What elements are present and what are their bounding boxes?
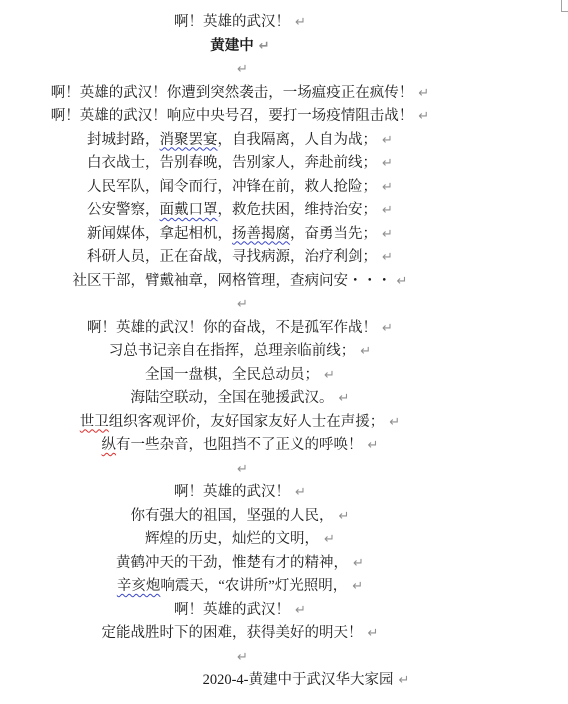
- paragraph-mark-icon: ↵: [339, 509, 350, 524]
- text-run: 社区干部，臂戴袖章，网格管理，查病问安・・・: [73, 273, 392, 289]
- grammar-flagged-text: 辛亥炮: [117, 578, 161, 594]
- empty-line[interactable]: ↵: [0, 293, 480, 317]
- text-run: 科研人员，正在奋战，寻找病源，治疗利剑；: [87, 249, 377, 265]
- text-run: 定能战胜时下的困难，获得美好的明天！: [102, 625, 363, 641]
- spelling-flagged-text: 世卫: [80, 414, 109, 430]
- paragraph-mark-icon: ↵: [418, 86, 429, 101]
- empty-line[interactable]: ↵: [0, 646, 480, 670]
- paragraph-mark-icon: ↵: [295, 485, 306, 500]
- paragraph-mark-icon: ↵: [382, 156, 393, 171]
- paragraph-mark-icon: ↵: [382, 250, 393, 265]
- paragraph-mark-icon: ↵: [352, 579, 363, 594]
- text-run: 人民军队，闻令而行，冲锋在前，救人抢险；: [87, 179, 377, 195]
- paragraph-mark-icon: ↵: [237, 650, 248, 665]
- paragraph-mark-icon: ↵: [368, 626, 379, 641]
- text-line[interactable]: 辛亥炮响震天，“农讲所”灯光照明，↵: [0, 575, 480, 599]
- text-line[interactable]: 白衣战士，告别春晚，告别家人，奔赴前线；↵: [0, 152, 480, 176]
- grammar-flagged-text: 消聚罢宴: [160, 132, 218, 148]
- paragraph-mark-icon: ↵: [399, 673, 410, 688]
- empty-line[interactable]: ↵: [0, 58, 480, 82]
- text-line[interactable]: 纵有一些杂音，也阻挡不了正义的呼唤！↵: [0, 434, 480, 458]
- grammar-flagged-text: 面戴口罩: [160, 202, 218, 218]
- text-line[interactable]: 新闻媒体，拿起相机，扬善揭腐，奋勇当先；↵: [0, 223, 480, 247]
- text-line[interactable]: 世卫组织客观评价，友好国家友好人士在声援；↵: [0, 411, 480, 435]
- grammar-flagged-text: 扬善揭腐: [232, 226, 290, 242]
- text-run: 黄建中: [210, 38, 254, 54]
- text-line[interactable]: 啊！英雄的武汉！↵: [0, 11, 480, 35]
- text-line[interactable]: 全国一盘棋，全民总动员；↵: [0, 364, 480, 388]
- spelling-flagged-text: 纵: [102, 437, 117, 453]
- text-run: 啊！英雄的武汉！你遭到突然袭击，一场瘟疫正在疯传！: [51, 85, 414, 101]
- text-run: 啊！英雄的武汉！: [174, 484, 290, 500]
- paragraph-mark-icon: ↵: [368, 438, 379, 453]
- paragraph-mark-icon: ↵: [353, 556, 364, 571]
- text-run: 啊！英雄的武汉！响应中央号召，要打一场疫情阻击战！: [51, 108, 414, 124]
- paragraph-mark-icon: ↵: [237, 462, 248, 477]
- text-line[interactable]: 啊！英雄的武汉！你遭到突然袭击，一场瘟疫正在疯传！↵: [0, 82, 480, 106]
- paragraph-mark-icon: ↵: [324, 532, 335, 547]
- text-line[interactable]: 黄建中↵: [0, 35, 480, 59]
- text-run: 白衣战士，告别春晚，告别家人，奔赴前线；: [87, 155, 377, 171]
- text-run: 黄鹤冲天的干劲，惟楚有才的精神，: [116, 555, 348, 571]
- text-run: 全国一盘棋，全民总动员；: [145, 367, 319, 383]
- text-run: 响震天，“农讲所”灯光照明，: [160, 578, 347, 594]
- text-line[interactable]: 海陆空联动，全国在驰援武汉。↵: [0, 387, 480, 411]
- text-boundary-horizontal-line: [561, 11, 568, 12]
- text-boundary-vertical-line: [561, 0, 562, 11]
- text-line[interactable]: 啊！英雄的武汉！↵: [0, 599, 480, 623]
- paragraph-mark-icon: ↵: [360, 344, 371, 359]
- paragraph-mark-icon: ↵: [382, 180, 393, 195]
- text-run: 有一些杂音，也阻挡不了正义的呼唤！: [116, 437, 363, 453]
- paragraph-mark-icon: ↵: [324, 368, 335, 383]
- text-run: 组织客观评价，友好国家友好人士在声援；: [109, 414, 385, 430]
- text-line[interactable]: 人民军队，闻令而行，冲锋在前，救人抢险；↵: [0, 176, 480, 200]
- text-run: 习总书记亲自在指挥，总理亲临前线；: [109, 343, 356, 359]
- text-run: ，奋勇当先；: [290, 226, 377, 242]
- text-line[interactable]: 社区干部，臂戴袖章，网格管理，查病问安・・・↵: [0, 270, 480, 294]
- text-line[interactable]: 你有强大的祖国，坚强的人民，↵: [0, 505, 480, 529]
- text-line[interactable]: 定能战胜时下的困难，获得美好的明天！↵: [0, 622, 480, 646]
- text-run: ，救危扶困，维持治安；: [218, 202, 378, 218]
- text-run: 公安警察，: [87, 202, 160, 218]
- text-line[interactable]: 习总书记亲自在指挥，总理亲临前线；↵: [0, 340, 480, 364]
- text-line[interactable]: 科研人员，正在奋战，寻找病源，治疗利剑；↵: [0, 246, 480, 270]
- text-run: ，自我隔离，人自为战；: [218, 132, 378, 148]
- paragraph-mark-icon: ↵: [382, 227, 393, 242]
- text-line[interactable]: 辉煌的历史，灿烂的文明，↵: [0, 528, 480, 552]
- paragraph-mark-icon: ↵: [237, 62, 248, 77]
- document-text[interactable]: 啊！英雄的武汉！↵黄建中↵↵啊！英雄的武汉！你遭到突然袭击，一场瘟疫正在疯传！↵…: [0, 11, 480, 693]
- paragraph-mark-icon: ↵: [259, 39, 270, 54]
- document-page: 啊！英雄的武汉！↵黄建中↵↵啊！英雄的武汉！你遭到突然袭击，一场瘟疫正在疯传！↵…: [0, 0, 568, 704]
- text-run: 新闻媒体，拿起相机，: [87, 226, 232, 242]
- paragraph-mark-icon: ↵: [295, 15, 306, 30]
- text-run: 你有强大的祖国，坚强的人民，: [131, 508, 334, 524]
- text-run: 海陆空联动，全国在驰援武汉。: [131, 390, 334, 406]
- paragraph-mark-icon: ↵: [339, 391, 350, 406]
- text-run: 啊！英雄的武汉！: [174, 14, 290, 30]
- text-run: 啊！英雄的武汉！: [174, 602, 290, 618]
- text-line[interactable]: 公安警察，面戴口罩，救危扶困，维持治安；↵: [0, 199, 480, 223]
- paragraph-mark-icon: ↵: [237, 297, 248, 312]
- paragraph-mark-icon: ↵: [389, 415, 400, 430]
- text-run: 2020-4-黄建中于武汉华大家园: [203, 672, 394, 688]
- text-line[interactable]: 啊！英雄的武汉！↵: [0, 481, 480, 505]
- text-line[interactable]: 2020-4-黄建中于武汉华大家园↵: [66, 669, 546, 693]
- text-line[interactable]: 封城封路，消聚罢宴，自我隔离，人自为战；↵: [0, 129, 480, 153]
- paragraph-mark-icon: ↵: [295, 603, 306, 618]
- text-line[interactable]: 黄鹤冲天的干劲，惟楚有才的精神，↵: [0, 552, 480, 576]
- text-line[interactable]: 啊！英雄的武汉！响应中央号召，要打一场疫情阻击战！↵: [0, 105, 480, 129]
- text-run: 封城封路，: [87, 132, 160, 148]
- text-line[interactable]: 啊！英雄的武汉！你的奋战，不是孤军作战！↵: [0, 317, 480, 341]
- paragraph-mark-icon: ↵: [382, 133, 393, 148]
- text-run: 啊！英雄的武汉！你的奋战，不是孤军作战！: [87, 320, 377, 336]
- paragraph-mark-icon: ↵: [382, 321, 393, 336]
- empty-line[interactable]: ↵: [0, 458, 480, 482]
- text-run: 辉煌的历史，灿烂的文明，: [145, 531, 319, 547]
- paragraph-mark-icon: ↵: [418, 109, 429, 124]
- paragraph-mark-icon: ↵: [397, 274, 408, 289]
- paragraph-mark-icon: ↵: [382, 203, 393, 218]
